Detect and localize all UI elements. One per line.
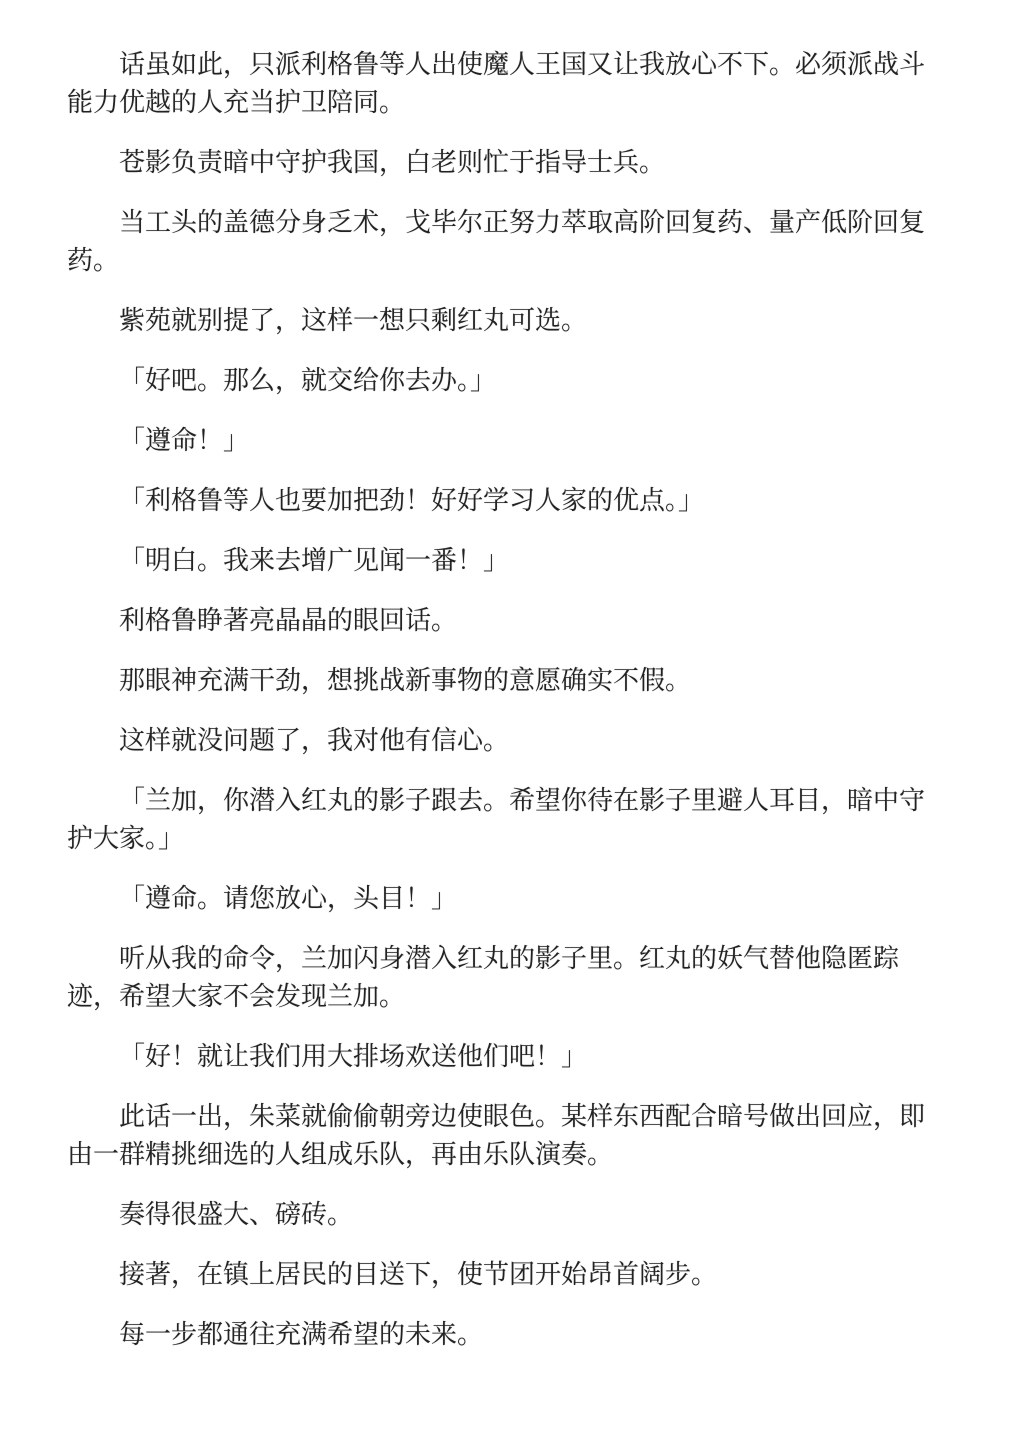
paragraph: 这样就没问题了，我对他有信心。 [67,722,925,760]
paragraph: 「遵命！」 [67,422,925,460]
paragraph: 「好！就让我们用大排场欢送他们吧！」 [67,1038,925,1076]
paragraph: 此话一出，朱菜就偷偷朝旁边使眼色。某样东西配合暗号做出回应，即由一群精挑细选的人… [67,1098,925,1174]
paragraph: 听从我的命令，兰加闪身潜入红丸的影子里。红丸的妖气替他隐匿踪迹，希望大家不会发现… [67,940,925,1016]
paragraph: 「好吧。那么，就交给你去办。」 [67,362,925,400]
paragraph: 话虽如此，只派利格鲁等人出使魔人王国又让我放心不下。必须派战斗能力优越的人充当护… [67,46,925,122]
paragraph: 「明白。我来去增广见闻一番！」 [67,542,925,580]
paragraph: 「利格鲁等人也要加把劲！好好学习人家的优点。」 [67,482,925,520]
paragraph: 每一步都通往充满希望的未来。 [67,1316,925,1354]
paragraph: 奏得很盛大、磅砖。 [67,1196,925,1234]
paragraph: 「兰加，你潜入红丸的影子跟去。希望你待在影子里避人耳目，暗中守护大家。」 [67,782,925,858]
paragraph: 「遵命。请您放心，头目！」 [67,880,925,918]
paragraph: 利格鲁睁著亮晶晶的眼回话。 [67,602,925,640]
paragraph: 紫苑就别提了，这样一想只剩红丸可选。 [67,302,925,340]
paragraph: 那眼神充满干劲，想挑战新事物的意愿确实不假。 [67,662,925,700]
novel-text-column: 话虽如此，只派利格鲁等人出使魔人王国又让我放心不下。必须派战斗能力优越的人充当护… [0,0,1017,1354]
paragraph: 当工头的盖德分身乏术，戈毕尔正努力萃取高阶回复药、量产低阶回复药。 [67,204,925,280]
paragraph: 苍影负责暗中守护我国，白老则忙于指导士兵。 [67,144,925,182]
paragraph: 接著，在镇上居民的目送下，使节团开始昂首阔步。 [67,1256,925,1294]
ebook-page: 话虽如此，只派利格鲁等人出使魔人王国又让我放心不下。必须派战斗能力优越的人充当护… [0,0,1017,1437]
